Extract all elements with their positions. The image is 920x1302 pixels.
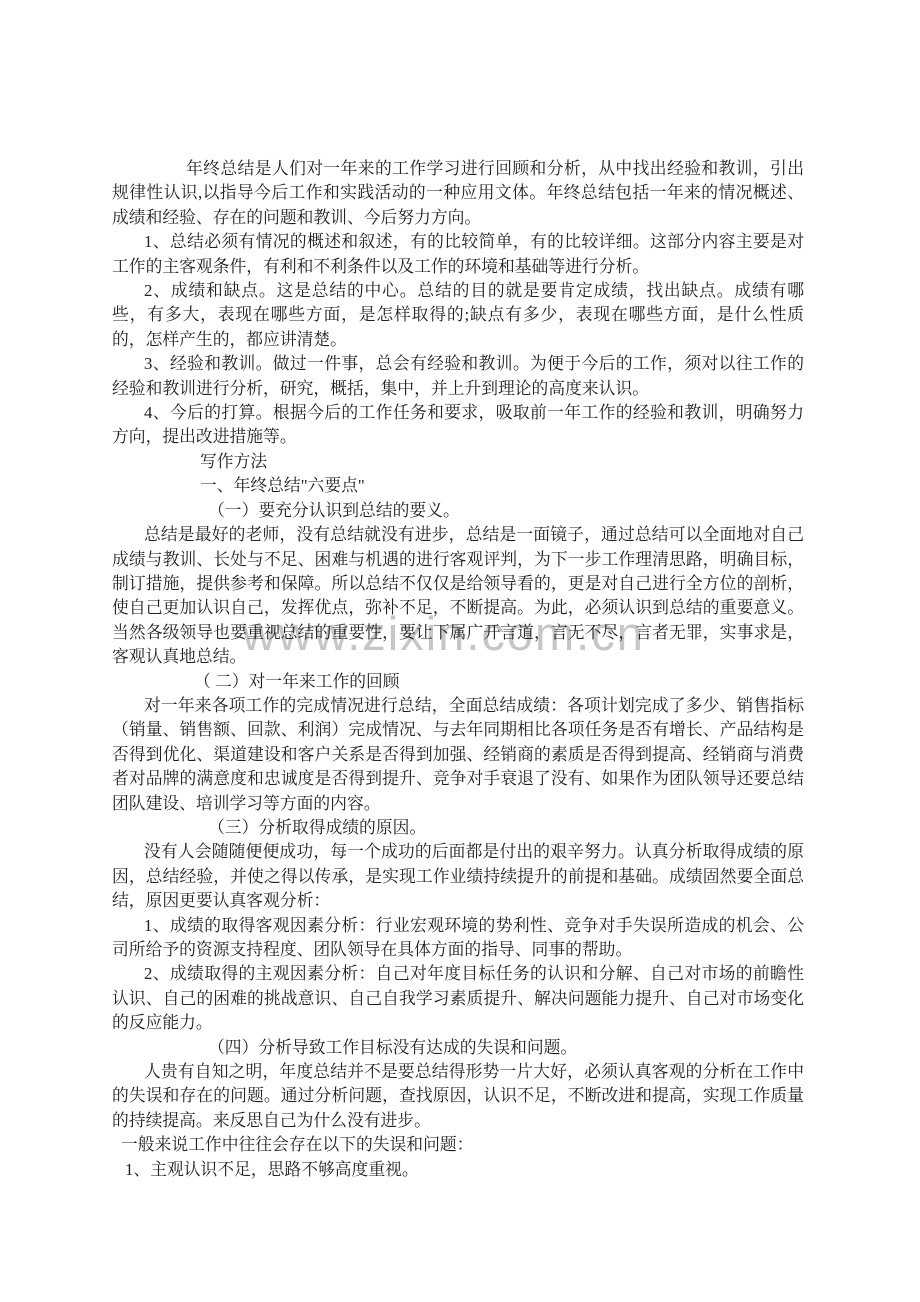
paragraph: 2、成绩和缺点。这是总结的中心。总结的目的就是要肯定成绩，找出缺点。成绩有哪些，… [112, 279, 804, 352]
section-heading: 一、年终总结"六要点" [112, 474, 804, 498]
section-heading: 写作方法 [112, 450, 804, 474]
sub-heading: （三）分析取得成绩的原因。 [112, 816, 804, 840]
document-body: 年终总结是人们对一年来的工作学习进行回顾和分析，从中找出经验和教训，引出规律性认… [112, 157, 804, 1182]
paragraph: 1、成绩的取得客观因素分析：行业宏观环境的势利性、竞争对手失误所造成的机会、公司… [112, 914, 804, 963]
paragraph: 一般来说工作中往往会存在以下的失误和问题： [112, 1133, 804, 1157]
sub-heading: （一）要充分认识到总结的要义。 [112, 499, 804, 523]
document-page: www.zixin.com.cn 年终总结是人们对一年来的工作学习进行回顾和分析… [0, 0, 920, 1302]
paragraph: 年终总结是人们对一年来的工作学习进行回顾和分析，从中找出经验和教训，引出规律性认… [112, 157, 804, 230]
paragraph: 2、成绩取得的主观因素分析：自己对年度目标任务的认识和分解、自己对市场的前瞻性认… [112, 962, 804, 1035]
paragraph: 1、主观认识不足，思路不够高度重视。 [112, 1158, 804, 1182]
paragraph: 4、今后的打算。根据今后的工作任务和要求，吸取前一年工作的经验和教训，明确努力方… [112, 401, 804, 450]
sub-heading: （四）分析导致工作目标没有达成的失误和问题。 [112, 1036, 804, 1060]
paragraph: 没有人会随随便便成功，每一个成功的后面都是付出的艰辛努力。认真分析取得成绩的原因… [112, 840, 804, 913]
paragraph: 3、经验和教训。做过一件事，总会有经验和教训。为便于今后的工作，须对以往工作的经… [112, 352, 804, 401]
paragraph: 1、总结必须有情况的概述和叙述，有的比较简单，有的比较详细。这部分内容主要是对工… [112, 230, 804, 279]
paragraph: 总结是最好的老师，没有总结就没有进步，总结是一面镜子，通过总结可以全面地对自己成… [112, 523, 804, 669]
sub-heading: （ 二）对一年来工作的回顾 [112, 670, 804, 694]
paragraph: 对一年来各项工作的完成情况进行总结，全面总结成绩：各项计划完成了多少、销售指标（… [112, 694, 804, 816]
paragraph: 人贵有自知之明，年度总结并不是要总结得形势一片大好，必须认真客观的分析在工作中的… [112, 1060, 804, 1133]
